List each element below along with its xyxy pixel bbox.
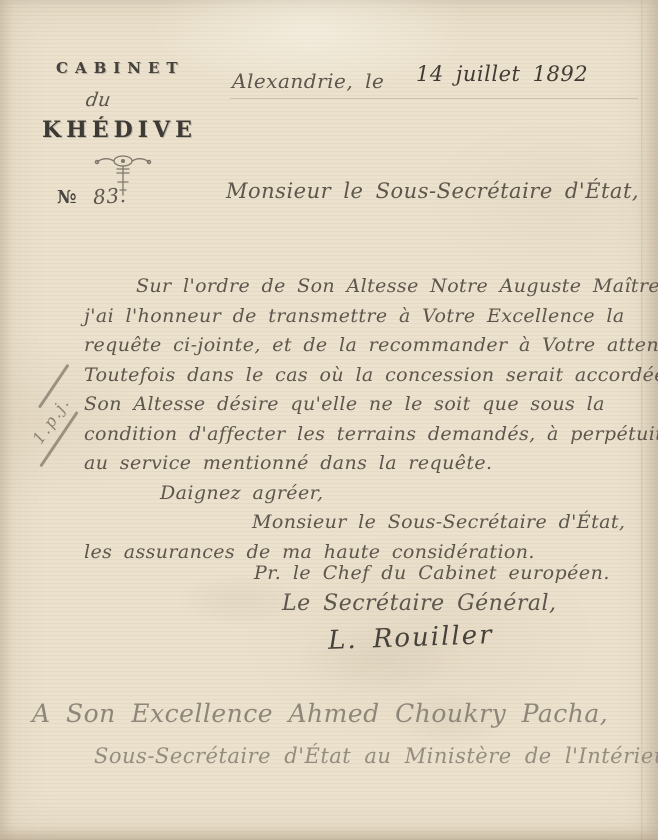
letterhead-du: du [84, 89, 111, 111]
dateline-rule [230, 98, 638, 99]
body-line: condition d'affecter les terrains demand… [84, 420, 650, 450]
closing-line: Daignez agréer, [84, 479, 650, 509]
salutation: Monsieur le Sous-Secrétaire d'État, [226, 179, 639, 203]
letter-body: Sur l'ordre de Son Altesse Notre Auguste… [84, 272, 650, 567]
letterhead-cabinet: CABINET [56, 59, 185, 77]
number-value: 83. [92, 183, 127, 209]
body-line: Toutefois dans le cas où la concession s… [84, 361, 650, 391]
body-line: j'ai l'honneur de transmettre à Votre Ex… [84, 302, 650, 332]
recipient-name: A Son Excellence Ahmed Choukry Pacha, [32, 699, 608, 728]
number-label: № [57, 187, 78, 208]
dateline-place: Alexandrie, le [232, 69, 384, 93]
margin-annotation-text: 1.p.j. [29, 393, 74, 447]
dateline-date: 14 juillet 1892 [416, 62, 588, 86]
signature-title: Le Secrétaire Général, [282, 591, 557, 616]
document-number: № 83. [57, 184, 126, 208]
body-line: Son Altesse désire qu'elle ne le soit qu… [84, 390, 650, 420]
recipient-title: Sous-Secrétaire d'État au Ministère de l… [94, 744, 658, 768]
signature-name: L. Rouiller [328, 620, 494, 656]
body-line: Sur l'ordre de Son Altesse Notre Auguste… [84, 272, 650, 302]
letter-page: CABINET du KHÉDIVE № 83. Alexandrie, le … [0, 0, 658, 840]
body-line: requête ci-jointe, et de la recommander … [84, 331, 650, 361]
closing-line: Monsieur le Sous-Secrétaire d'État, [84, 508, 650, 538]
letterhead-khedive: KHÉDIVE [42, 117, 197, 143]
body-line: au service mentionné dans la requête. [84, 449, 650, 479]
signature-per-procurationem: Pr. le Chef du Cabinet européen. [254, 562, 610, 584]
